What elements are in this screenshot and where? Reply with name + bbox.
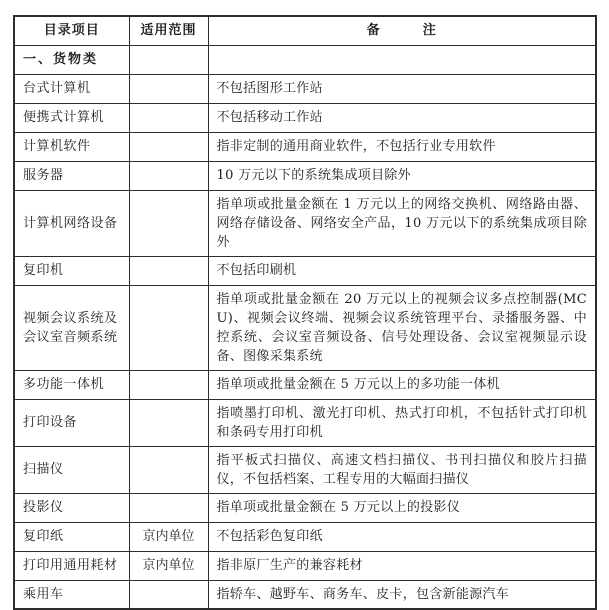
cell-applicable-scope xyxy=(129,285,208,370)
cell-catalog-item: 投影仪 xyxy=(14,493,129,522)
cell-remark: 指单项或批量金额在 5 万元以上的多功能一体机 xyxy=(208,370,596,399)
cell-catalog-item: 乘用车 xyxy=(14,580,129,609)
cell-applicable-scope xyxy=(129,45,208,74)
cell-remark: 不包括移动工作站 xyxy=(208,103,596,132)
cell-remark: 10 万元以下的系统集成项目除外 xyxy=(208,161,596,190)
cell-remark: 指轿车、越野车、商务车、皮卡，包含新能源汽车 xyxy=(208,580,596,609)
cell-applicable-scope xyxy=(129,370,208,399)
cell-applicable-scope xyxy=(129,161,208,190)
cell-applicable-scope xyxy=(129,256,208,285)
cell-remark: 指单项或批量金额在 1 万元以上的网络交换机、网络路由器、网络存储设备、网络安全… xyxy=(208,190,596,256)
table-row: 多功能一体机 指单项或批量金额在 5 万元以上的多功能一体机 xyxy=(14,370,596,399)
cell-remark: 不包括图形工作站 xyxy=(208,74,596,103)
cell-catalog-item: 计算机网络设备 xyxy=(14,190,129,256)
scanned-document-page: { "table": { "headers": { "item": "目录项目"… xyxy=(0,0,609,596)
table-row: 一、货物类 xyxy=(14,45,596,74)
table-row: 打印用通用耗材 京内单位 指非原厂生产的兼容耗材 xyxy=(14,551,596,580)
table-body: 一、货物类 台式计算机 不包括图形工作站 便携式计算机 不包括移动工作站 计算机… xyxy=(14,45,596,609)
table-row: 乘用车 指轿车、越野车、商务车、皮卡，包含新能源汽车 xyxy=(14,580,596,609)
cell-catalog-item: 打印设备 xyxy=(14,399,129,446)
cell-catalog-item: 便携式计算机 xyxy=(14,103,129,132)
cell-catalog-item: 扫描仪 xyxy=(14,446,129,493)
cell-applicable-scope: 京内单位 xyxy=(129,522,208,551)
column-header-scope: 适用范围 xyxy=(129,16,208,45)
cell-catalog-item: 复印机 xyxy=(14,256,129,285)
cell-remark: 指喷墨打印机、激光打印机、热式打印机，不包括针式打印机和条码专用打印机 xyxy=(208,399,596,446)
table-row: 视频会议系统及会议室音频系统 指单项或批量金额在 20 万元以上的视频会议多点控… xyxy=(14,285,596,370)
cell-catalog-item: 台式计算机 xyxy=(14,74,129,103)
cell-applicable-scope xyxy=(129,132,208,161)
procurement-catalog-table: 目录项目 适用范围 备 注 一、货物类 台式计算机 不包括图形工作站 便携式计算… xyxy=(13,15,597,610)
cell-remark: 指平板式扫描仪、高速文档扫描仪、书刊扫描仪和胶片扫描仪，不包括档案、工程专用的大… xyxy=(208,446,596,493)
cell-applicable-scope xyxy=(129,580,208,609)
cell-remark: 不包括印刷机 xyxy=(208,256,596,285)
cell-applicable-scope xyxy=(129,446,208,493)
cell-catalog-item: 复印纸 xyxy=(14,522,129,551)
table-row: 投影仪 指单项或批量金额在 5 万元以上的投影仪 xyxy=(14,493,596,522)
cell-catalog-item: 视频会议系统及会议室音频系统 xyxy=(14,285,129,370)
table-row: 服务器 10 万元以下的系统集成项目除外 xyxy=(14,161,596,190)
cell-remark: 指单项或批量金额在 20 万元以上的视频会议多点控制器(MCU)、视频会议终端、… xyxy=(208,285,596,370)
table-header: 目录项目 适用范围 备 注 xyxy=(14,16,596,45)
table-row: 扫描仪 指平板式扫描仪、高速文档扫描仪、书刊扫描仪和胶片扫描仪，不包括档案、工程… xyxy=(14,446,596,493)
cell-catalog-item: 服务器 xyxy=(14,161,129,190)
cell-catalog-item: 一、货物类 xyxy=(14,45,129,74)
cell-catalog-item: 打印用通用耗材 xyxy=(14,551,129,580)
cell-remark: 指非定制的通用商业软件，不包括行业专用软件 xyxy=(208,132,596,161)
cell-applicable-scope: 京内单位 xyxy=(129,551,208,580)
table-row: 复印纸 京内单位 不包括彩色复印纸 xyxy=(14,522,596,551)
cell-applicable-scope xyxy=(129,399,208,446)
table-row: 便携式计算机 不包括移动工作站 xyxy=(14,103,596,132)
table-row: 复印机 不包括印刷机 xyxy=(14,256,596,285)
cell-applicable-scope xyxy=(129,74,208,103)
cell-remark: 指单项或批量金额在 5 万元以上的投影仪 xyxy=(208,493,596,522)
table-row: 台式计算机 不包括图形工作站 xyxy=(14,74,596,103)
cell-catalog-item: 计算机软件 xyxy=(14,132,129,161)
header-row: 目录项目 适用范围 备 注 xyxy=(14,16,596,45)
cell-remark: 不包括彩色复印纸 xyxy=(208,522,596,551)
cell-catalog-item: 多功能一体机 xyxy=(14,370,129,399)
column-header-note: 备 注 xyxy=(208,16,596,45)
column-header-item: 目录项目 xyxy=(14,16,129,45)
table-row: 计算机软件 指非定制的通用商业软件，不包括行业专用软件 xyxy=(14,132,596,161)
cell-applicable-scope xyxy=(129,103,208,132)
table-row: 计算机网络设备 指单项或批量金额在 1 万元以上的网络交换机、网络路由器、网络存… xyxy=(14,190,596,256)
cell-remark xyxy=(208,45,596,74)
table-row: 打印设备 指喷墨打印机、激光打印机、热式打印机，不包括针式打印机和条码专用打印机 xyxy=(14,399,596,446)
cell-applicable-scope xyxy=(129,493,208,522)
cell-remark: 指非原厂生产的兼容耗材 xyxy=(208,551,596,580)
cell-applicable-scope xyxy=(129,190,208,256)
